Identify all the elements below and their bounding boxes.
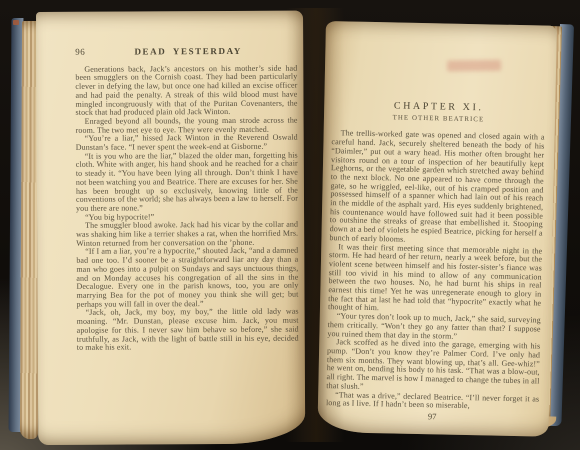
right-paragraph-4: Jack scoffed as he dived into the garage…: [326, 338, 540, 395]
faded-ink-stamp: [447, 60, 501, 72]
right-paragraph-5: “That was a drive,” declared Beatrice. “…: [326, 391, 539, 413]
photo-background: 96 DEAD YESTERDAY Generations back, Jack…: [0, 0, 580, 450]
left-paragraph-6: The smuggler blood awoke. Jack had his v…: [76, 221, 298, 248]
left-page-header: 96 DEAD YESTERDAY: [75, 47, 297, 57]
left-paragraph-4: “It is you who are the liar,” blazed the…: [76, 151, 298, 213]
cover-spine-mark: [13, 20, 19, 25]
right-page: CHAPTER XI. THE OTHER BEATRICE The trell…: [317, 21, 557, 437]
chapter-heading: CHAPTER XI.: [332, 101, 545, 114]
running-title: DEAD YESTERDAY: [109, 47, 297, 57]
chapter-subtitle: THE OTHER BEATRICE: [332, 113, 545, 126]
right-paragraph-2: It was their first meeting since that me…: [328, 243, 542, 317]
left-paragraph-1: Generations back, Jack’s ancestors on hi…: [75, 64, 297, 117]
left-paragraph-7: “If I am a liar, you’re a hypocrite,” sh…: [76, 247, 298, 309]
left-page: 96 DEAD YESTERDAY Generations back, Jack…: [36, 11, 305, 445]
left-paragraph-8: “Jack, oh, Jack, my boy, my boy,” the li…: [77, 308, 299, 353]
left-paragraph-3: “You’re a liar,” hissed Jack Winton in t…: [76, 134, 298, 153]
left-page-number: 96: [75, 48, 109, 57]
right-page-number: 97: [326, 410, 539, 423]
right-paragraph-1: The trellis-worked gate was opened and c…: [329, 130, 544, 248]
